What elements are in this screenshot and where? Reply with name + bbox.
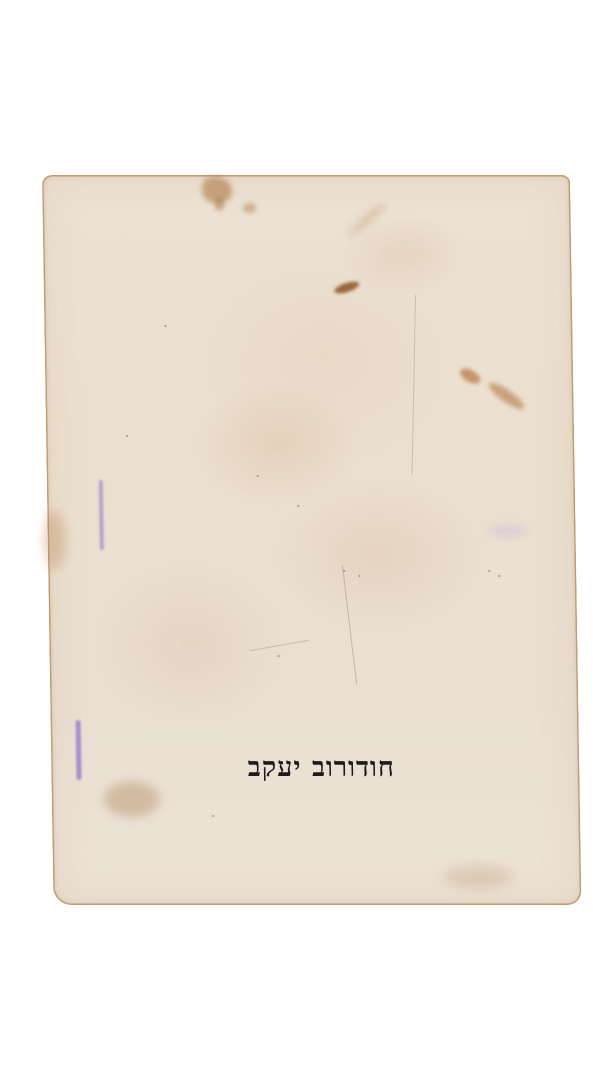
speck — [212, 815, 214, 817]
aged-paper-card: חודורוב יעקב — [42, 175, 581, 905]
stain — [486, 379, 528, 413]
speck — [498, 575, 500, 577]
speck — [257, 475, 259, 477]
stain — [333, 279, 361, 296]
paper-crease — [412, 295, 416, 475]
speck — [126, 435, 128, 437]
ink-mark — [487, 525, 527, 537]
stain — [43, 510, 66, 570]
speck — [343, 570, 345, 572]
paper-crease — [250, 640, 309, 651]
speck — [164, 325, 166, 327]
stain — [202, 177, 232, 203]
paper-crease — [342, 565, 357, 684]
printed-name: חודורוב יעקב — [51, 752, 579, 783]
stain — [346, 200, 389, 238]
stain — [104, 781, 161, 817]
speck — [297, 505, 299, 507]
ink-mark — [99, 480, 104, 550]
stain — [214, 197, 224, 211]
speck — [488, 570, 490, 572]
stain — [458, 365, 483, 386]
speck — [278, 655, 280, 657]
stain — [443, 865, 513, 889]
speck — [358, 575, 360, 577]
stain — [242, 203, 256, 213]
